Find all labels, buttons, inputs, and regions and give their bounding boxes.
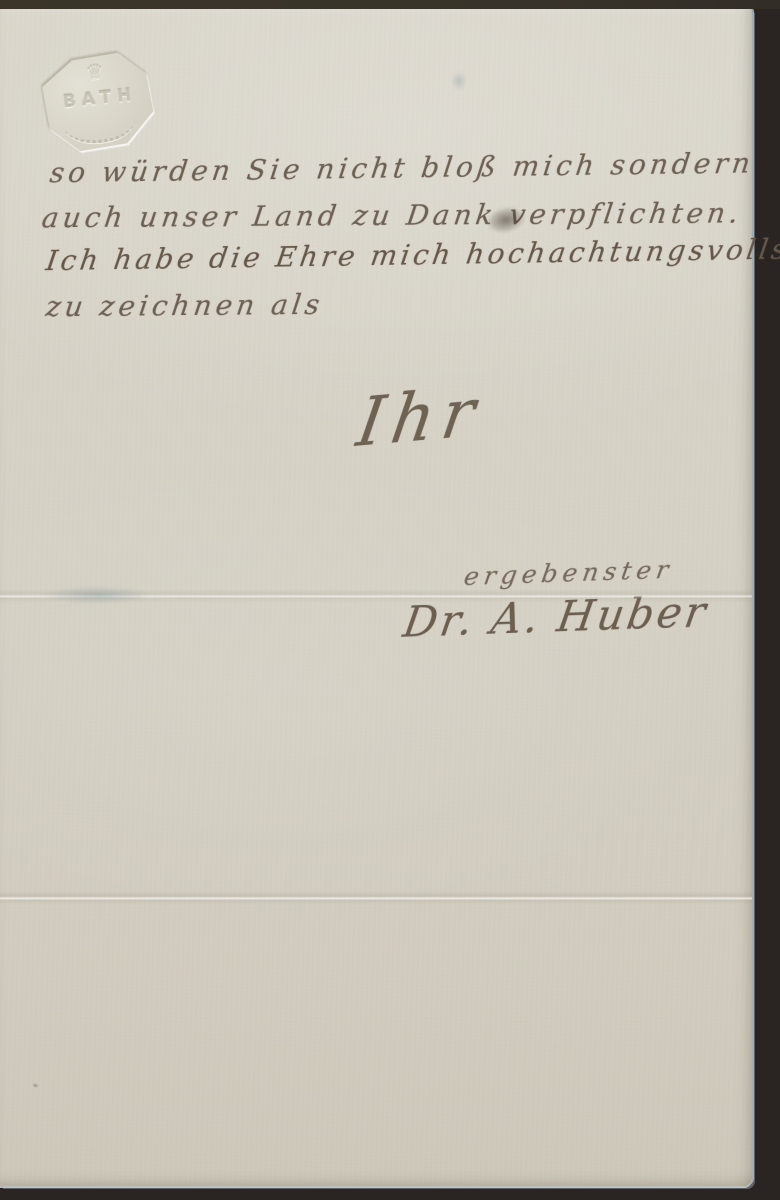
handwritten-line-2: auch unser Land zu Dank verpflichten. [40, 196, 744, 234]
handwritten-signature: Dr. A. Huber [400, 587, 712, 647]
handwritten-line-3: Ich habe die Ehre mich hochachtungsvolls… [44, 232, 780, 277]
blue-smudge-left [22, 583, 172, 607]
embossed-seal: ♛ BATH [39, 50, 156, 155]
handwritten-closing: ergebenster [462, 555, 676, 591]
scan-backdrop-strip [0, 0, 780, 9]
handwritten-valediction: Ihr [352, 373, 488, 462]
paper-sheet: ♛ BATH so würden Sie nicht bloß mich son… [0, 9, 752, 1186]
handwritten-line-4: zu zeichnen als [44, 288, 326, 323]
paper-speck [31, 1082, 39, 1089]
blue-smudge-top [448, 67, 470, 95]
crown-icon: ♛ [40, 57, 149, 88]
scanned-letter-page: ♛ BATH so würden Sie nicht bloß mich son… [0, 0, 780, 1200]
seal-octagon: ♛ BATH [39, 50, 156, 155]
fold-crease-lower [0, 891, 752, 905]
handwritten-line-1: so würden Sie nicht bloß mich sondern [48, 146, 756, 189]
